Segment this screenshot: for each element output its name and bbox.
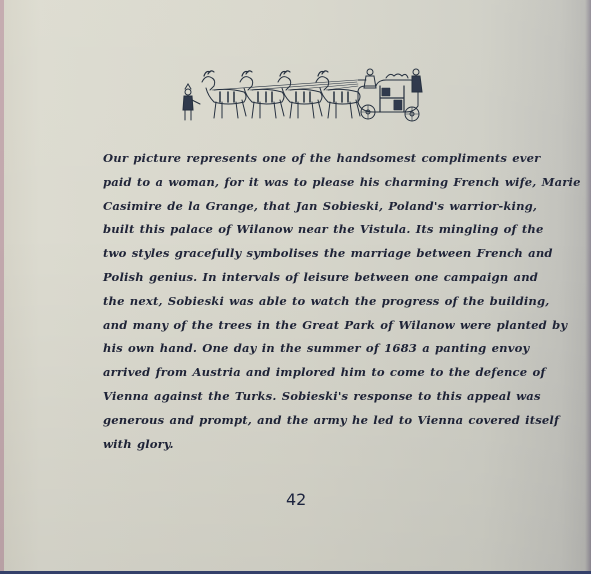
body-line: arrived from Austria and implored him to… bbox=[103, 361, 505, 385]
body-line: Polish genius. In intervals of leisure b… bbox=[103, 266, 505, 290]
body-line: Casimire de la Grange, that Jan Sobieski… bbox=[103, 195, 505, 219]
body-line: generous and prompt, and the army he led… bbox=[103, 409, 505, 433]
book-page: Our picture represents one of the handso… bbox=[0, 0, 591, 571]
body-line: paid to a woman, for it was to please hi… bbox=[103, 171, 505, 195]
body-line: his own hand. One day in the summer of 1… bbox=[103, 337, 505, 361]
carriage-procession-icon bbox=[172, 62, 428, 128]
page-left-edge bbox=[0, 0, 4, 571]
body-line: the next, Sobieski was able to watch the… bbox=[103, 290, 505, 314]
body-line: built this palace of Wilanow near the Vi… bbox=[103, 218, 505, 242]
body-line: and many of the trees in the Great Park … bbox=[103, 314, 505, 338]
body-line: Our picture represents one of the handso… bbox=[103, 147, 505, 171]
body-line: Vienna against the Turks. Sobieski's res… bbox=[103, 385, 505, 409]
body-line: with glory. bbox=[103, 433, 505, 457]
body-paragraph: Our picture represents one of the handso… bbox=[103, 147, 505, 456]
page-number: 42 bbox=[286, 490, 306, 509]
body-line: two styles gracefully symbolises the mar… bbox=[103, 242, 505, 266]
